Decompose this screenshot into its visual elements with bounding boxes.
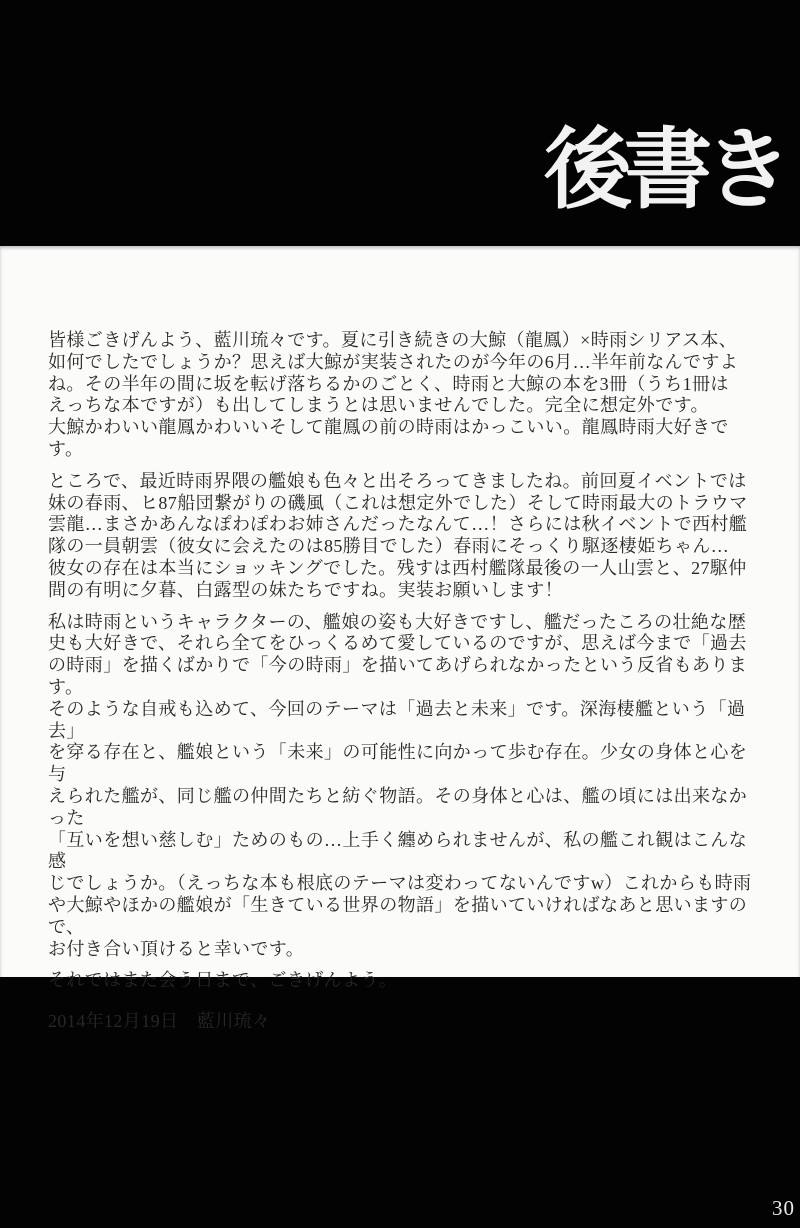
paragraph-events: ところで、最近時雨界隈の艦娘も色々と出そろってきましたね。前回夏イベントでは 妹… <box>48 471 762 602</box>
scanned-afterword-page: { "page": { "title": "後書き", "number": "3… <box>0 0 800 1228</box>
closing-line: それではまた会う日まで、ごきげんよう。 <box>48 970 762 992</box>
document-page: 皆様ごきげんよう、藍川琉々です。夏に引き続きの大鯨（龍鳳）×時雨シリアス本、 如… <box>0 246 800 977</box>
page-title: 後書き <box>544 126 784 218</box>
date-signature: 2014年12月19日 藍川琉々 <box>48 1011 762 1033</box>
paragraph-intro: 皆様ごきげんよう、藍川琉々です。夏に引き続きの大鯨（龍鳳）×時雨シリアス本、 如… <box>48 330 762 461</box>
paragraph-theme: 私は時雨というキャラクターの、艦娘の姿も大好きですし、艦だったころの壮絶な歴 史… <box>48 612 762 961</box>
page-number: 30 <box>772 1196 795 1221</box>
afterword-text: 皆様ごきげんよう、藍川琉々です。夏に引き続きの大鯨（龍鳳）×時雨シリアス本、 如… <box>48 330 762 1033</box>
